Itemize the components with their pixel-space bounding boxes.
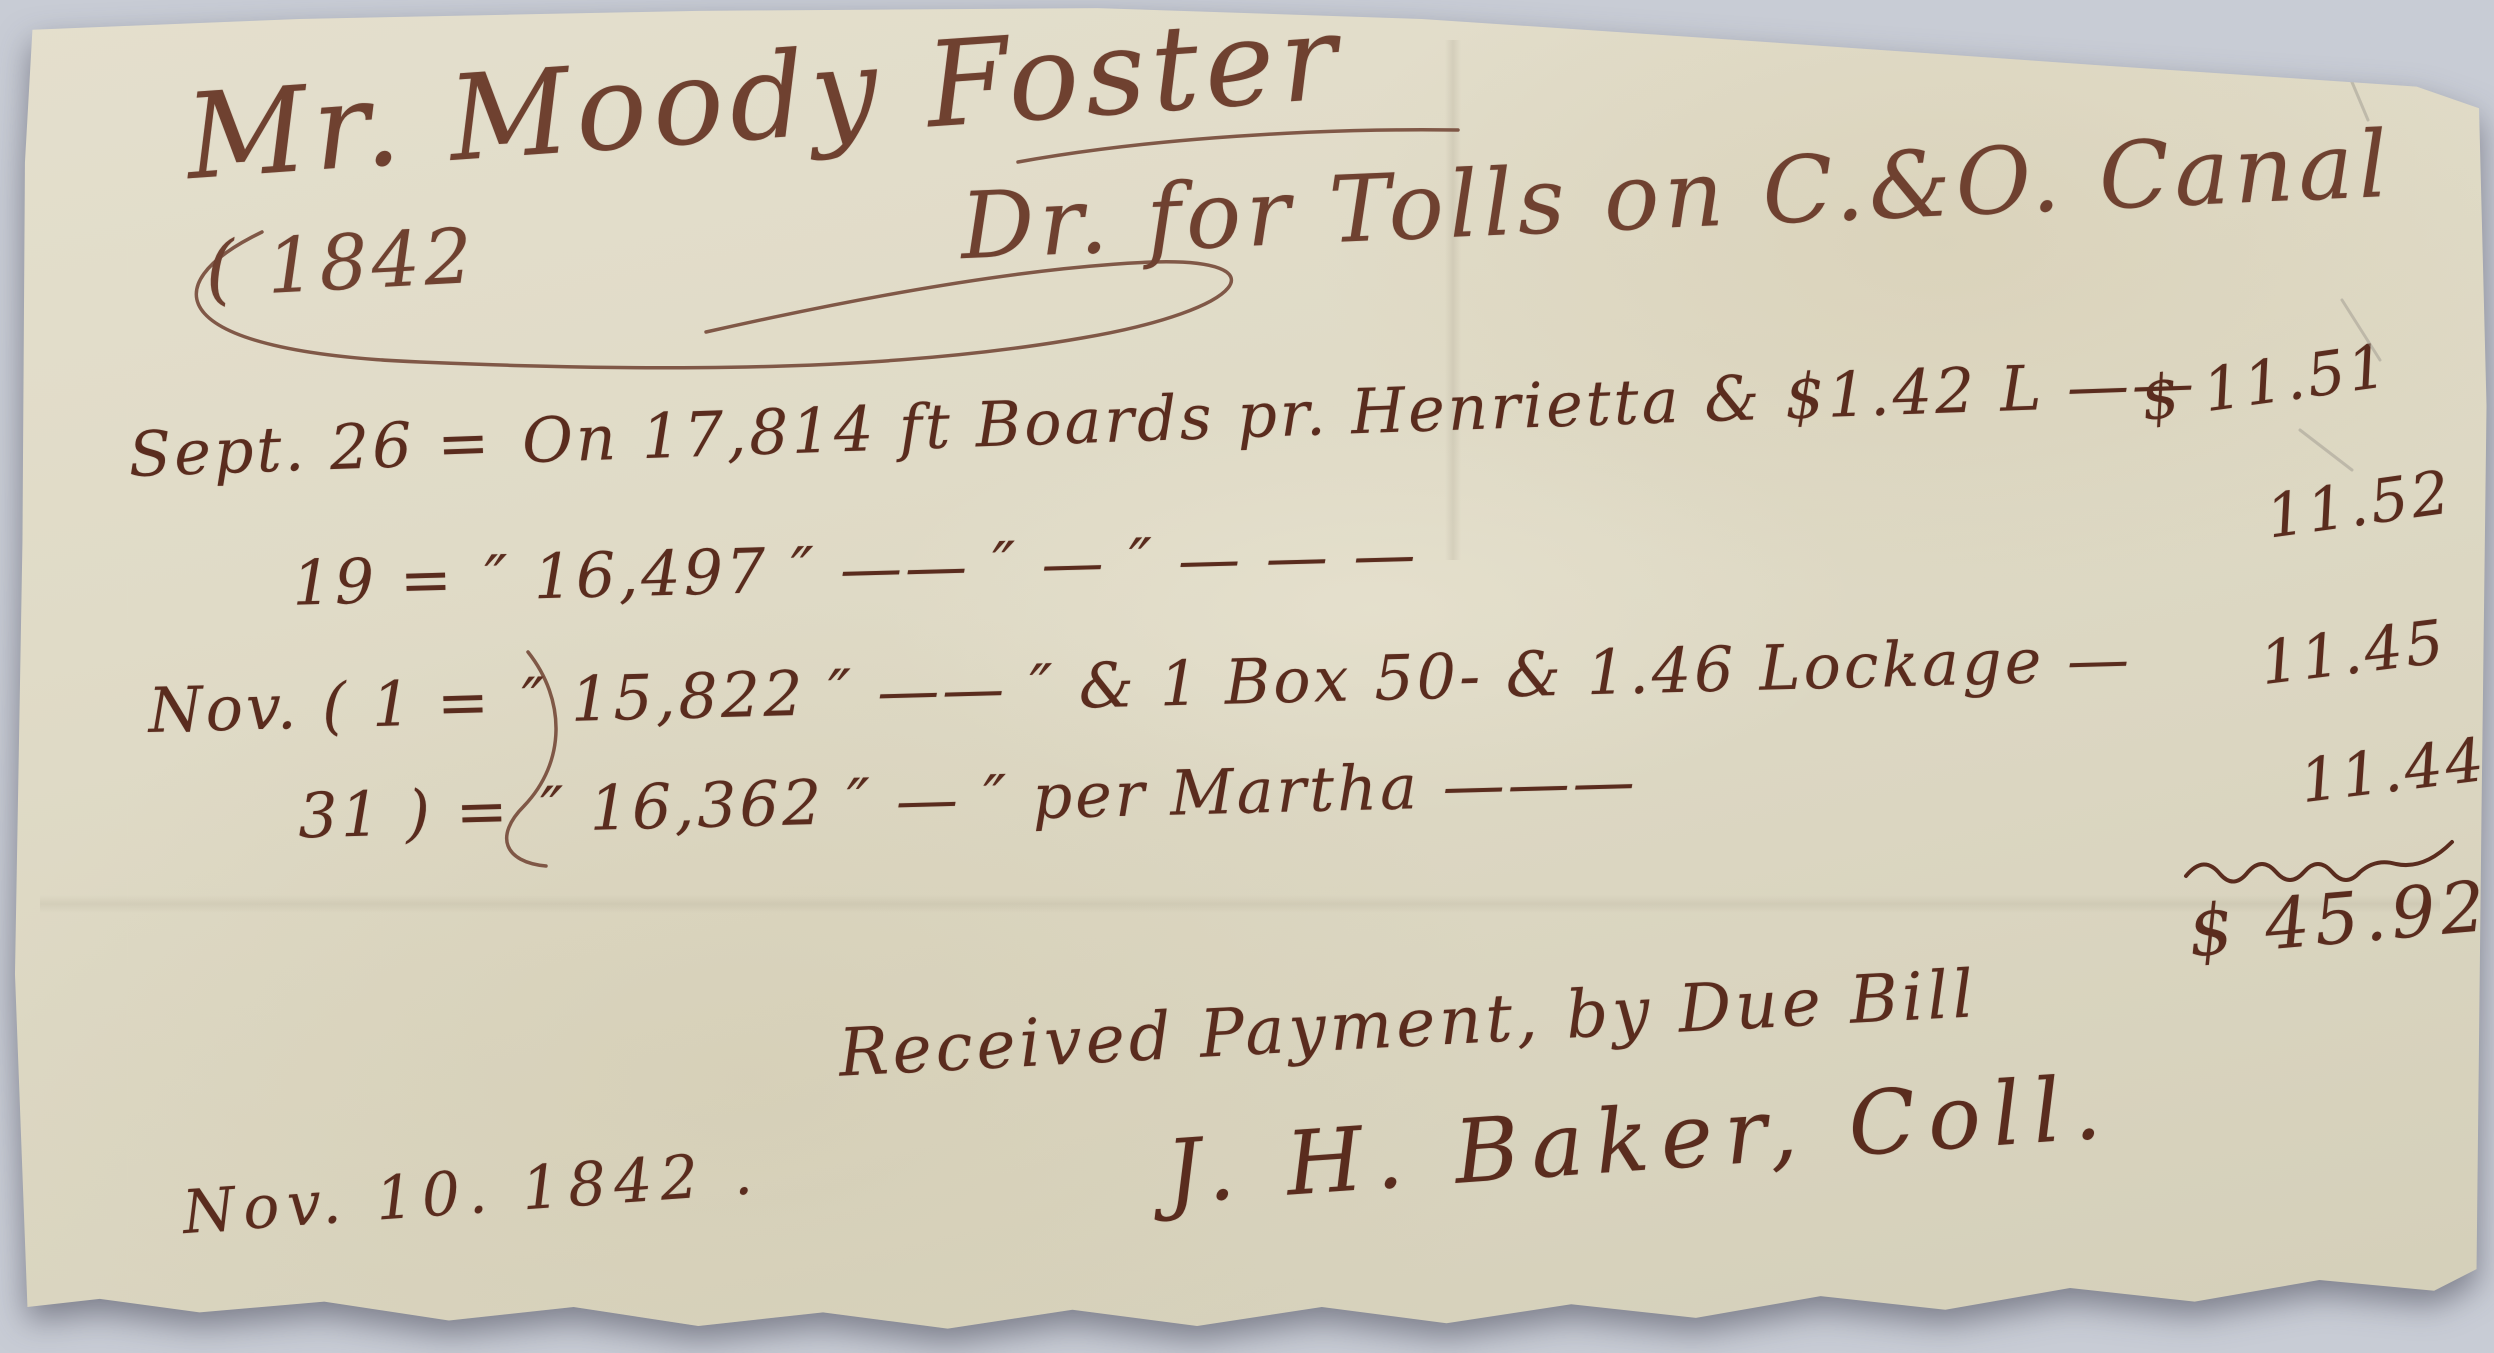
entry-row: 31 ) =″ 16,362 ″ — ″ per Martha ——— — [297, 744, 1638, 852]
entry-date: Nov. ( 1 = — [147, 665, 492, 747]
horizontal-fold-crease — [40, 895, 2440, 913]
collector-signature: J. H. Baker, Coll. — [1163, 1055, 2116, 1224]
paper-sheet: Mr. Moody Foster ( 1842 Dr. for Tolls on… — [0, 0, 2494, 1353]
entry-row: Sept. 26 =On 17,814 ft Boards pr. Henrie… — [127, 346, 2198, 491]
year-label: ( 1842 — [203, 211, 479, 314]
entry-amount: 11.52 — [2262, 457, 2457, 552]
entry-amount: 11.44 — [2296, 725, 2490, 817]
received-payment-line: Received Payment, by Due Bill — [837, 955, 1979, 1092]
entry-description: ″ 16,362 ″ — ″ per Martha ——— — [540, 744, 1639, 846]
entry-date: 31 ) = — [297, 774, 511, 853]
entry-date: 19 = — [291, 543, 455, 620]
pencil-mark — [2330, 30, 2368, 120]
paper-shadow: Mr. Moody Foster ( 1842 Dr. for Tolls on… — [0, 0, 2494, 1353]
document-date: Nov. 10. 1842 . — [180, 1138, 762, 1248]
entry-amount: 11.45 — [2256, 607, 2450, 699]
pencil-mark — [2300, 430, 2352, 470]
entry-description: ″ 16,497 ″ —— ″ — ″ — — — — [484, 517, 1420, 614]
total-amount: $ 45.92 — [2185, 865, 2493, 973]
entry-row: 19 =″ 16,497 ″ —— ″ — ″ — — — — [291, 517, 1419, 619]
scanned-receipt: Mr. Moody Foster ( 1842 Dr. for Tolls on… — [0, 0, 2494, 1353]
entry-date: Sept. 26 = — [127, 405, 493, 491]
entry-row: Nov. ( 1 =″ 15,822 ″ —— ″ & 1 Box 50- & … — [147, 622, 2133, 747]
entry-description: ″ 15,822 ″ —— ″ & 1 Box 50- & 1.46 Locka… — [521, 622, 2133, 737]
entry-description: On 17,814 ft Boards pr. Henrietta & $1.4… — [521, 346, 2198, 477]
vertical-fold-crease — [1445, 40, 1461, 560]
